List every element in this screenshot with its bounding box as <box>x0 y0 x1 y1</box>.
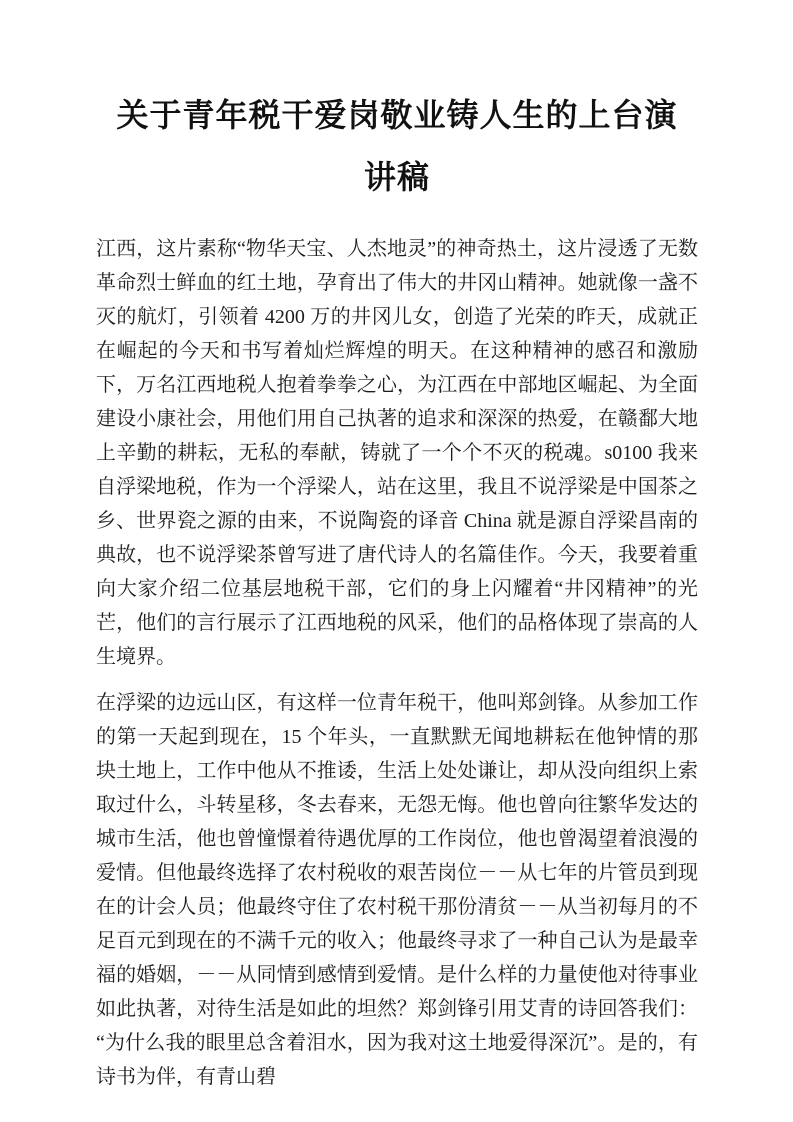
body-paragraph-1: 江西，这片素称“物华天宝、人杰地灵”的神奇热土，这片浸透了无数革命烈士鲜血的红土… <box>96 232 698 674</box>
document-title: 关于青年税干爱岗敬业铸人生的上台演讲稿 <box>111 84 683 208</box>
body-paragraph-2: 在浮梁的边远山区，有这样一位青年税干，他叫郑剑锋。从参加工作的第一天起到现在，1… <box>96 686 698 1094</box>
document-page: 关于青年税干爱岗敬业铸人生的上台演讲稿 江西，这片素称“物华天宝、人杰地灵”的神… <box>0 0 793 1122</box>
